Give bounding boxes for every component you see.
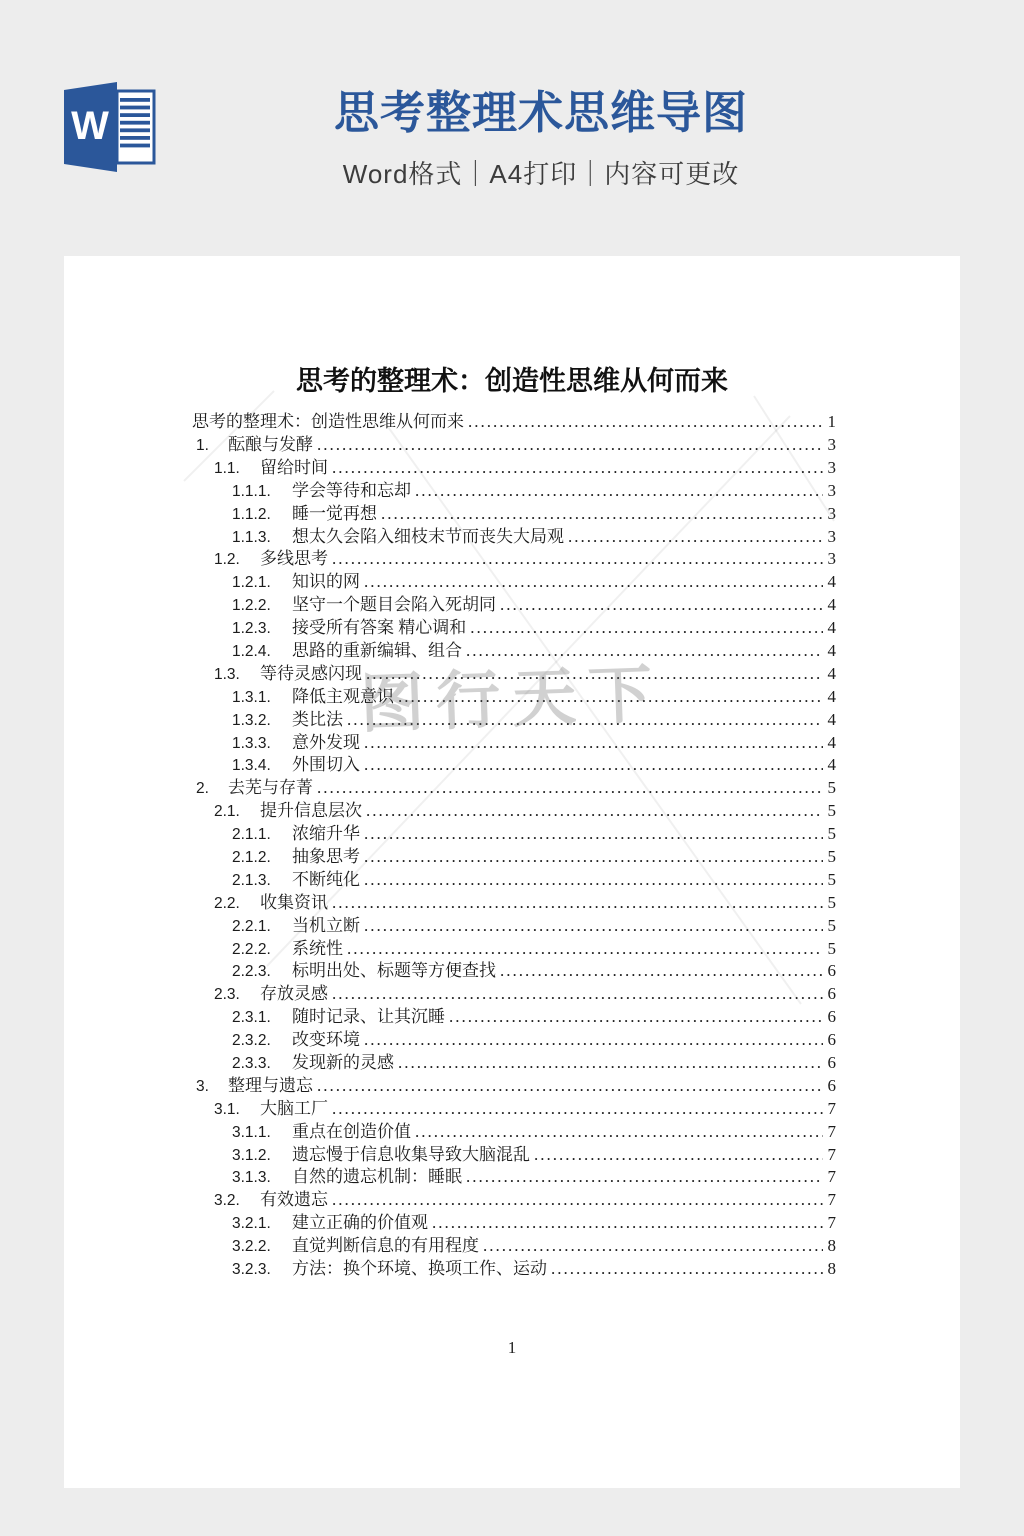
toc-entry: 3.2.3.方法：换个环境、换项工作、运动8 [192,1258,836,1281]
toc-leader [364,915,823,938]
toc-entry: 3.1.3.自然的遗忘机制：睡眠7 [192,1166,836,1189]
toc-page-number: 4 [826,754,836,777]
toc-entry: 2.2.2.系统性5 [192,938,836,961]
toc-entry: 3.1.大脑工厂7 [192,1098,836,1121]
toc-number: 1.1.2. [232,504,292,527]
toc-page-number: 4 [826,571,836,594]
toc-leader [551,1258,823,1281]
toc-number: 2.3.2. [232,1030,292,1053]
toc-label: 类比法 [292,709,343,732]
toc-leader [364,754,823,777]
toc-label: 改变环境 [292,1029,360,1052]
toc-leader [500,960,823,983]
toc-label: 提升信息层次 [260,800,362,823]
toc-label: 整理与遗忘 [228,1075,313,1098]
toc-leader [432,1212,823,1235]
toc-entry: 思考的整理术：创造性思维从何而来1 [192,411,836,434]
toc-number: 2.1.3. [232,870,292,893]
toc-entry: 1.1.3.想太久会陷入细枝末节而丧失大局观3 [192,526,836,549]
toc-number: 2.3.3. [232,1053,292,1076]
toc-number: 2.1.1. [232,824,292,847]
toc-page-number: 5 [826,823,836,846]
toc-leader [415,1121,823,1144]
toc-label: 去芜与存菁 [228,777,313,800]
toc-number: 1.1.3. [232,527,292,550]
toc-entry: 1.3.2.类比法4 [192,709,836,732]
toc-leader [364,571,823,594]
toc-number: 3.2.3. [232,1259,292,1282]
toc-label: 坚守一个题目会陷入死胡同 [292,594,496,617]
toc-page-number: 6 [826,960,836,983]
toc-leader [317,777,823,800]
toc-page-number: 3 [826,480,836,503]
toc-leader [415,480,823,503]
toc-label: 系统性 [292,938,343,961]
header-banner: W 思考整理术思维导图 Word格式｜A4打印｜内容可更改 [0,0,1024,256]
toc-page-number: 6 [826,1075,836,1098]
toc-leader [449,1006,823,1029]
toc-page-number: 7 [826,1121,836,1144]
toc-leader [347,938,823,961]
toc-entry: 1.1.留给时间3 [192,457,836,480]
toc-number: 3.1. [214,1099,260,1122]
toc-label: 大脑工厂 [260,1098,328,1121]
toc-number: 1.2.1. [232,572,292,595]
toc-page-number: 3 [826,503,836,526]
toc-page-number: 5 [826,892,836,915]
toc-number: 1.3.4. [232,755,292,778]
toc-leader [332,983,823,1006]
toc-leader [466,1166,823,1189]
page-number-footer: 1 [64,1338,960,1358]
toc-page-number: 8 [826,1258,836,1281]
toc-label: 发现新的灵感 [292,1052,394,1075]
toc-leader [332,548,823,571]
toc-page-number: 3 [826,548,836,571]
toc-label: 重点在创造价值 [292,1121,411,1144]
toc-number: 1.2.3. [232,618,292,641]
toc-page-number: 5 [826,846,836,869]
toc-number: 3.1.3. [232,1167,292,1190]
toc-label: 自然的遗忘机制：睡眠 [292,1166,462,1189]
toc-label: 酝酿与发酵 [228,434,313,457]
toc-label: 多线思考 [260,548,328,571]
toc-label: 随时记录、让其沉睡 [292,1006,445,1029]
toc-label: 等待灵感闪现 [260,663,362,686]
toc-leader [332,1189,823,1212]
toc-entry: 1.3.1.降低主观意识4 [192,686,836,709]
toc-number: 1.2. [214,549,260,572]
toc-entry: 2.1.提升信息层次5 [192,800,836,823]
toc-page-number: 6 [826,983,836,1006]
toc-leader [364,846,823,869]
toc-page-number: 7 [826,1166,836,1189]
toc-page-number: 6 [826,1029,836,1052]
toc-leader [364,1029,823,1052]
toc-entry: 2.3.存放灵感6 [192,983,836,1006]
toc-page-number: 5 [826,938,836,961]
toc-number: 2.1.2. [232,847,292,870]
toc-leader [466,640,823,663]
toc-entry: 3.2.有效遗忘7 [192,1189,836,1212]
toc-leader [366,663,823,686]
toc-label: 降低主观意识 [292,686,394,709]
toc-label: 睡一觉再想 [292,503,377,526]
toc-leader [364,823,823,846]
toc-label: 建立正确的价值观 [292,1212,428,1235]
toc-entry: 2.1.3.不断纯化5 [192,869,836,892]
toc-entry: 2.2.3.标明出处、标题等方便查找6 [192,960,836,983]
toc-page-number: 6 [826,1052,836,1075]
toc-label: 不断纯化 [292,869,360,892]
toc-number: 1.1. [214,458,260,481]
toc-entry: 2.2.收集资讯5 [192,892,836,915]
toc-label: 想太久会陷入细枝末节而丧失大局观 [292,526,564,549]
toc-label: 留给时间 [260,457,328,480]
toc-page-number: 4 [826,732,836,755]
toc-number: 2.2. [214,893,260,916]
toc-page-number: 5 [826,869,836,892]
toc-number: 3.1.2. [232,1145,292,1168]
toc-leader [347,709,823,732]
toc-number: 1.1.1. [232,481,292,504]
toc-label: 思路的重新编辑、组合 [292,640,462,663]
toc-number: 1.3.1. [232,687,292,710]
toc-page-number: 7 [826,1098,836,1121]
toc-leader [534,1144,823,1167]
toc-number: 1.2.2. [232,595,292,618]
toc-leader [568,526,823,549]
toc-entry: 1.3.等待灵感闪现4 [192,663,836,686]
toc-leader [398,1052,823,1075]
toc-leader [366,800,823,823]
toc-label: 抽象思考 [292,846,360,869]
document-page: 图行天下 思考的整理术：创造性思维从何而来 思考的整理术：创造性思维从何而来11… [64,256,960,1488]
toc-label: 浓缩升华 [292,823,360,846]
toc-number: 2.2.3. [232,961,292,984]
toc-number: 3.2.2. [232,1236,292,1259]
toc-number: 1.3.3. [232,733,292,756]
toc-label: 遗忘慢于信息收集导致大脑混乱 [292,1144,530,1167]
toc-entry: 1.2.1.知识的网4 [192,571,836,594]
toc-leader [332,892,823,915]
toc-number: 2.2.2. [232,939,292,962]
toc-number: 2.3.1. [232,1007,292,1030]
toc-number: 1.2.4. [232,641,292,664]
toc-list: 思考的整理术：创造性思维从何而来11.酝酿与发酵31.1.留给时间31.1.1.… [192,411,836,1281]
toc-label: 接受所有答案 精心调和 [292,617,466,640]
toc-leader [398,686,823,709]
template-subtitle: Word格式｜A4打印｜内容可更改 [58,154,1024,191]
toc-label: 方法：换个环境、换项工作、运动 [292,1258,547,1281]
toc-entry: 1.2.多线思考3 [192,548,836,571]
toc-leader [364,732,823,755]
toc-page-number: 6 [826,1006,836,1029]
toc-label: 学会等待和忘却 [292,480,411,503]
document-heading: 思考的整理术：创造性思维从何而来 [104,364,920,399]
screenshot-canvas: W 思考整理术思维导图 Word格式｜A4打印｜内容可更改 图行天下 思考的整理… [0,0,1024,1536]
toc-leader [364,869,823,892]
toc-number: 1. [196,435,228,458]
toc-leader [470,617,823,640]
toc-entry: 1.3.4.外围切入4 [192,754,836,777]
toc-entry: 1.2.4.思路的重新编辑、组合4 [192,640,836,663]
toc-label: 存放灵感 [260,983,328,1006]
toc-number: 3.1.1. [232,1122,292,1145]
toc-page-number: 5 [826,800,836,823]
toc-entry: 1.1.2.睡一觉再想3 [192,503,836,526]
toc-label: 当机立断 [292,915,360,938]
toc-entry: 3.2.1.建立正确的价值观7 [192,1212,836,1235]
header-text-block: 思考整理术思维导图 Word格式｜A4打印｜内容可更改 [58,88,1024,191]
toc-entry: 2.3.1.随时记录、让其沉睡6 [192,1006,836,1029]
toc-number: 2.1. [214,801,260,824]
toc-number: 2. [196,778,228,801]
toc-label: 标明出处、标题等方便查找 [292,960,496,983]
toc-entry: 1.1.1.学会等待和忘却3 [192,480,836,503]
toc-page-number: 4 [826,709,836,732]
toc-page-number: 5 [826,777,836,800]
toc-page-number: 4 [826,594,836,617]
toc-leader [317,434,823,457]
toc-leader [317,1075,823,1098]
toc-entry: 1.2.3.接受所有答案 精心调和4 [192,617,836,640]
toc-entry: 3.整理与遗忘6 [192,1075,836,1098]
toc-entry: 1.3.3.意外发现4 [192,732,836,755]
toc-label: 外围切入 [292,754,360,777]
toc-page-number: 4 [826,663,836,686]
toc-leader [483,1235,823,1258]
toc-leader [468,411,823,434]
toc-number: 2.2.1. [232,916,292,939]
toc-label: 直觉判断信息的有用程度 [292,1235,479,1258]
toc-number: 3. [196,1076,228,1099]
toc-label: 知识的网 [292,571,360,594]
toc-label: 意外发现 [292,732,360,755]
toc-label: 有效遗忘 [260,1189,328,1212]
toc-number: 3.2. [214,1190,260,1213]
toc-entry: 2.1.1.浓缩升华5 [192,823,836,846]
toc-page-number: 5 [826,915,836,938]
toc-number: 3.2.1. [232,1213,292,1236]
toc-page-number: 4 [826,617,836,640]
toc-number: 2.3. [214,984,260,1007]
toc-entry: 2.3.3.发现新的灵感6 [192,1052,836,1075]
toc-page-number: 4 [826,640,836,663]
toc-entry: 2.1.2.抽象思考5 [192,846,836,869]
toc-page-number: 7 [826,1212,836,1235]
toc-number: 1.3.2. [232,710,292,733]
toc-page-number: 4 [826,686,836,709]
toc-entry: 3.2.2.直觉判断信息的有用程度8 [192,1235,836,1258]
toc-label: 思考的整理术：创造性思维从何而来 [192,411,464,434]
toc-entry: 3.1.2.遗忘慢于信息收集导致大脑混乱7 [192,1144,836,1167]
toc-entry: 2.去芜与存菁5 [192,777,836,800]
toc-leader [500,594,823,617]
toc-page-number: 7 [826,1189,836,1212]
toc-page-number: 8 [826,1235,836,1258]
toc-entry: 2.2.1.当机立断5 [192,915,836,938]
toc-page-number: 3 [826,457,836,480]
toc-leader [332,1098,823,1121]
toc-entry: 2.3.2.改变环境6 [192,1029,836,1052]
toc-leader [332,457,823,480]
toc-label: 收集资讯 [260,892,328,915]
toc-entry: 1.2.2.坚守一个题目会陷入死胡同4 [192,594,836,617]
toc-entry: 3.1.1.重点在创造价值7 [192,1121,836,1144]
toc-leader [381,503,823,526]
toc-entry: 1.酝酿与发酵3 [192,434,836,457]
toc-page-number: 3 [826,526,836,549]
toc-number: 1.3. [214,664,260,687]
toc-page-number: 3 [826,434,836,457]
toc-page-number: 1 [826,411,836,434]
template-title: 思考整理术思维导图 [58,88,1024,138]
toc-page-number: 7 [826,1144,836,1167]
